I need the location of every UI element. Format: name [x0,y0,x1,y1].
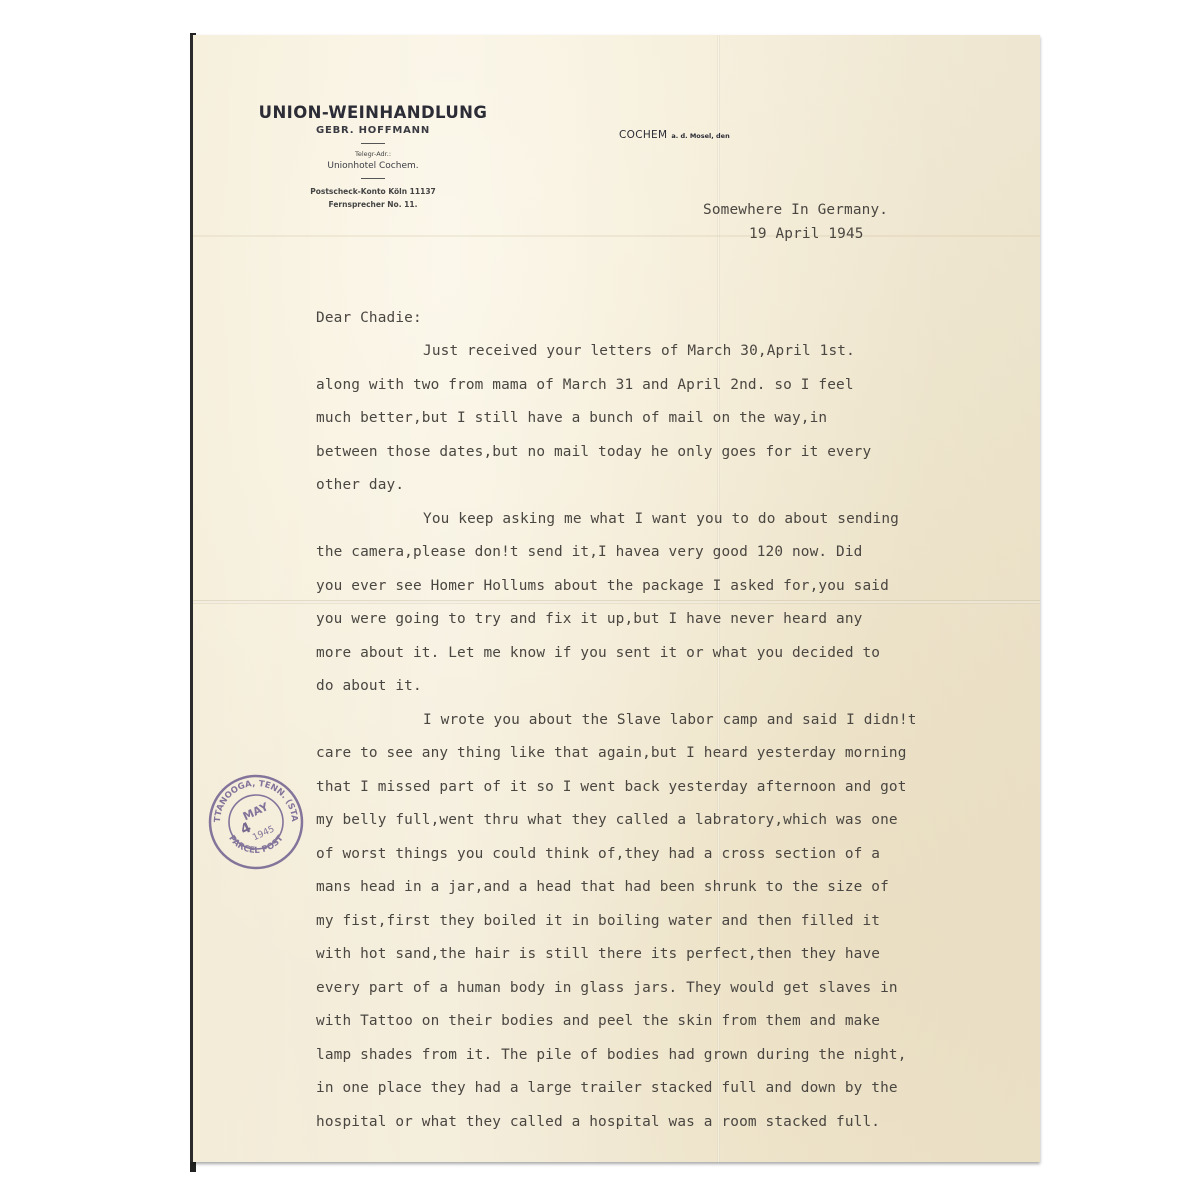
salutation: Dear Chadie: [316,310,1016,343]
letter-body: Dear Chadie: Just received your letters … [316,310,1016,1147]
telegram-label: Telegr-Adr.: [223,150,523,158]
letter-line: mans head in a jar,and a head that had b… [316,879,1016,913]
place-rest: a. d. Mosel, den [671,132,729,140]
letter-line: more about it. Let me know if you sent i… [316,645,1016,679]
letter-line: that I missed part of it so I went back … [316,779,1016,813]
letter-line: you were going to try and fix it up,but … [316,611,1016,645]
letter-date: 19 April 1945 [703,222,888,246]
company-name: UNION-WEINHANDLUNG [223,103,523,122]
letter-line: Just received your letters of March 30,A… [316,343,1016,377]
letter-line: with hot sand,the hair is still there it… [316,946,1016,980]
letter-line: my fist,first they boiled it in boiling … [316,913,1016,947]
letter-line: much better,but I still have a bunch of … [316,410,1016,444]
letter-page: UNION-WEINHANDLUNG GEBR. HOFFMANN Telegr… [193,35,1040,1162]
postmark-icon: CHATTANOOGA, TENN. (STA. ...) PARCEL POS… [206,770,306,870]
letterhead-divider [361,143,385,144]
letter-line: of worst things you could think of,they … [316,846,1016,880]
postscheck-account: Postscheck-Konto Köln 11137 [223,185,523,198]
letterhead: UNION-WEINHANDLUNG GEBR. HOFFMANN Telegr… [223,103,523,211]
letter-heading: Somewhere In Germany. 19 April 1945 [703,198,888,246]
letter-line: between those dates,but no mail today he… [316,444,1016,478]
letter-line: every part of a human body in glass jars… [316,980,1016,1014]
letterhead-divider [361,178,385,179]
letter-line: my belly full,went thru what they called… [316,812,1016,846]
letter-line: you ever see Homer Hollums about the pac… [316,578,1016,612]
letter-line: care to see any thing like that again,bu… [316,745,1016,779]
letter-line: hospital or what they called a hospital … [316,1114,1016,1148]
letter-line: I wrote you about the Slave labor camp a… [316,712,1016,746]
letter-place: Somewhere In Germany. [703,198,888,222]
letter-line: You keep asking me what I want you to do… [316,511,1016,545]
letter-line: the camera,please don!t send it,I havea … [316,544,1016,578]
company-subtitle: GEBR. HOFFMANN [223,125,523,136]
letter-line: lamp shades from it. The pile of bodies … [316,1047,1016,1081]
letter-line: with Tattoo on their bodies and peel the… [316,1013,1016,1047]
letter-line: along with two from mama of March 31 and… [316,377,1016,411]
place-city: COCHEM [619,129,667,141]
place-line: COCHEMa. d. Mosel, den [619,123,730,142]
telegram-address: Unionhotel Cochem. [223,161,523,171]
letter-line: do about it. [316,678,1016,712]
letter-line: in one place they had a large trailer st… [316,1080,1016,1114]
crease-line [193,235,1040,237]
letter-line: other day. [316,477,1016,511]
postmark-stamp: CHATTANOOGA, TENN. (STA. ...) PARCEL POS… [206,770,306,870]
paragraphs: Just received your letters of March 30,A… [316,343,1016,1147]
phone-number: Fernsprecher No. 11. [223,198,523,211]
